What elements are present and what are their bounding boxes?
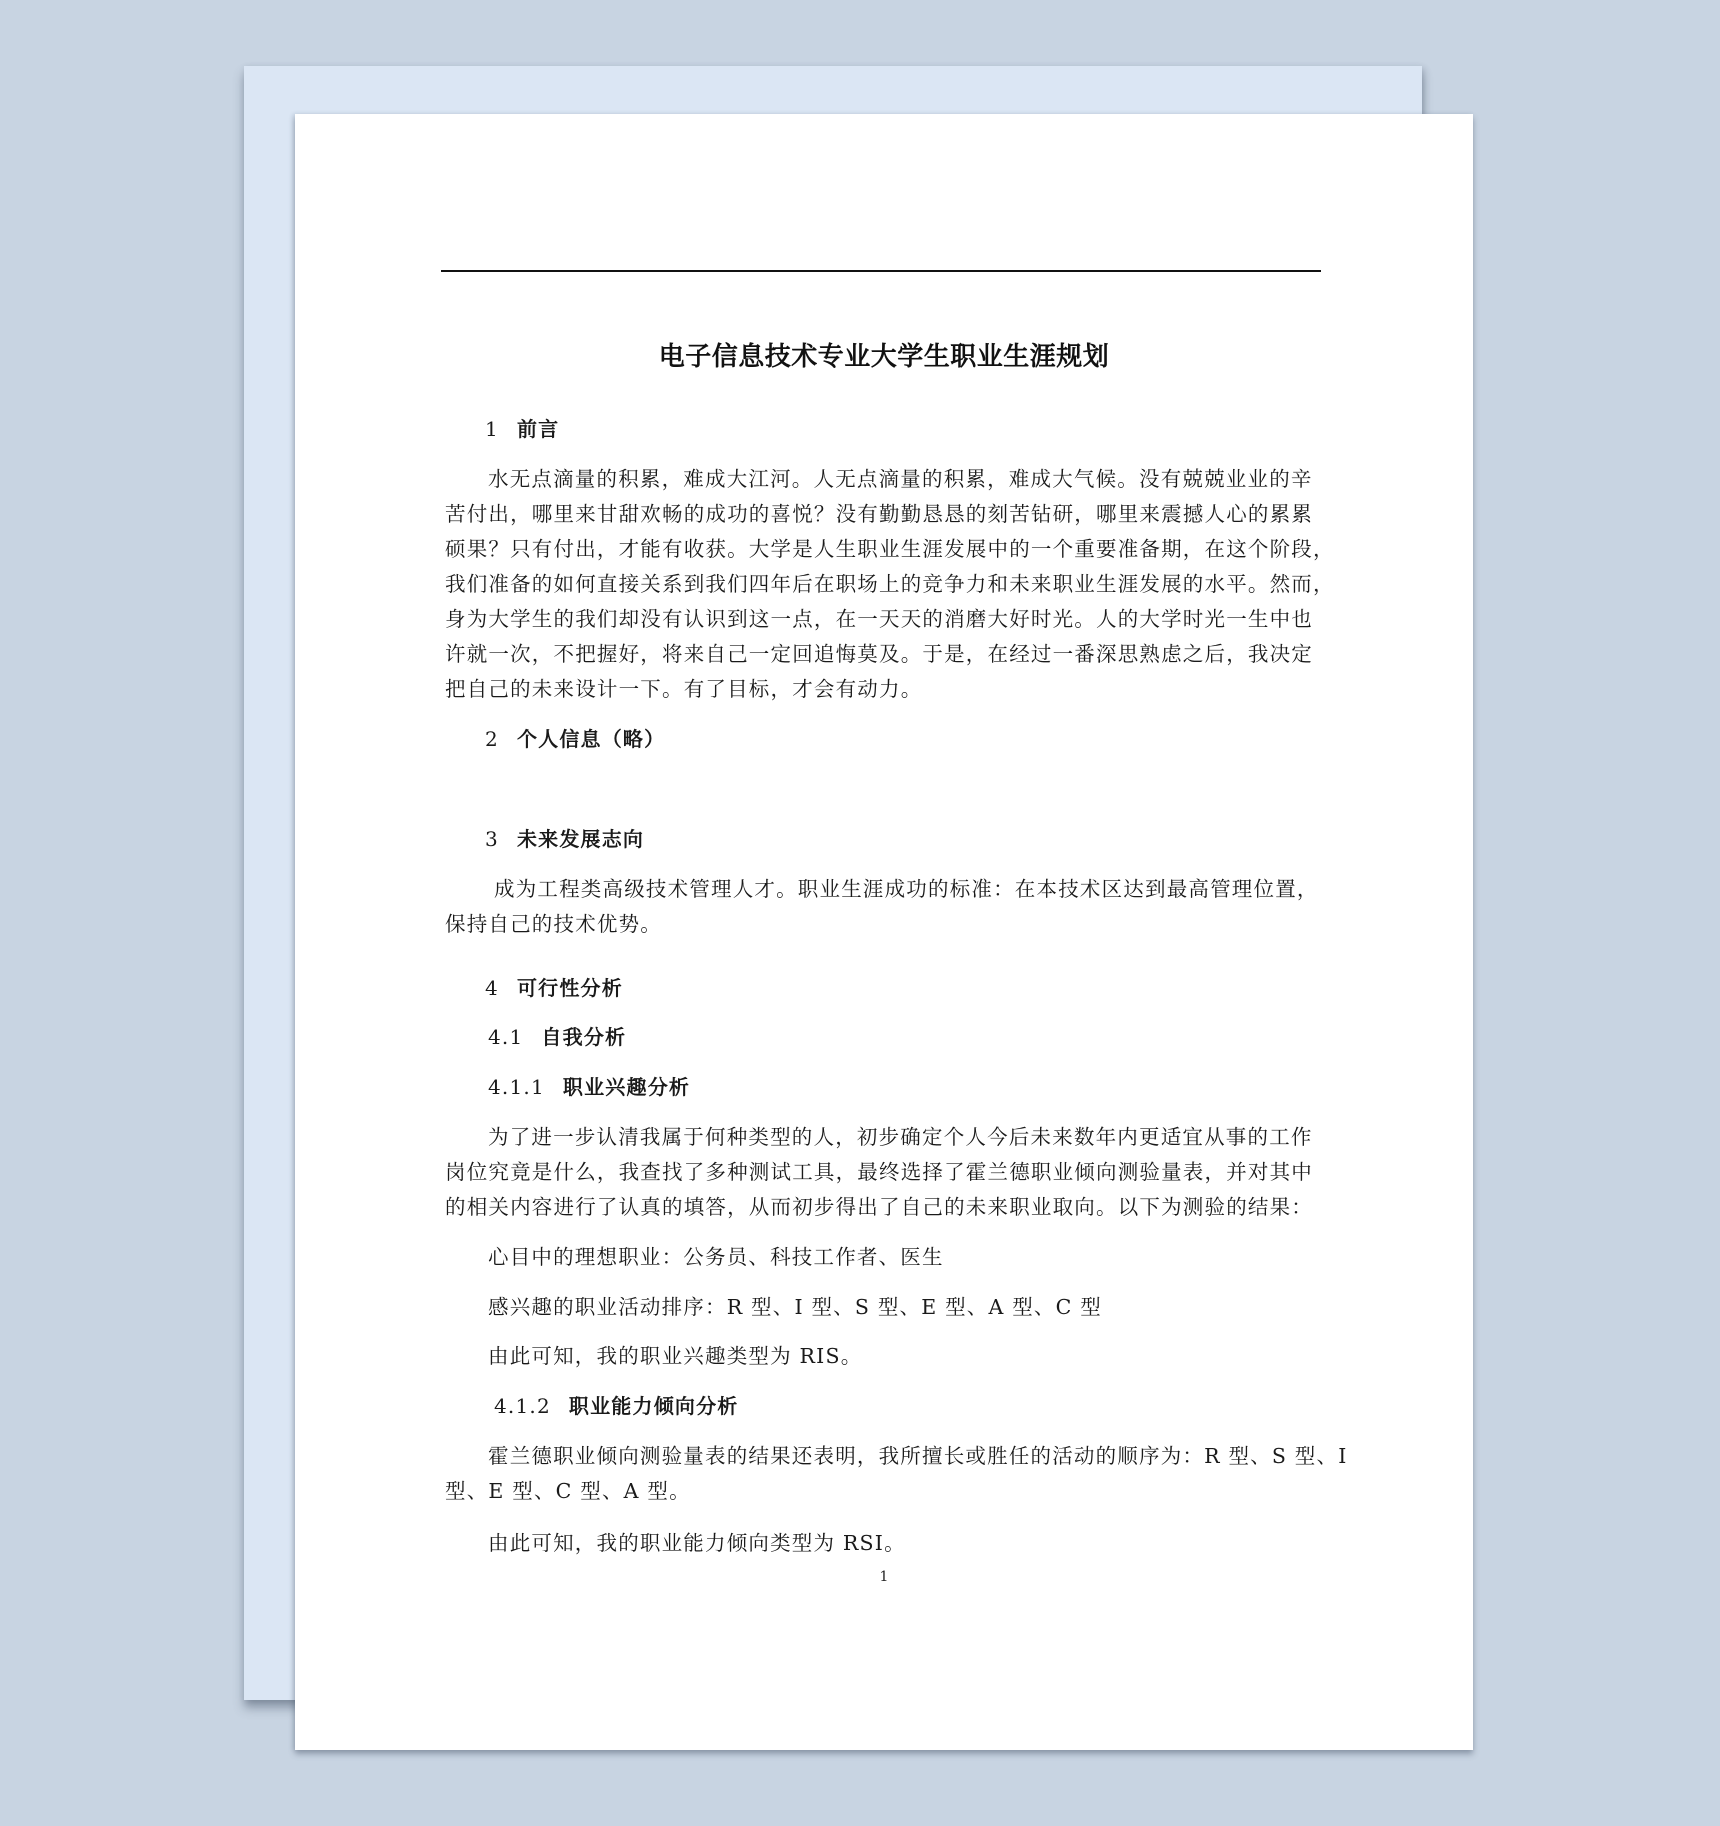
result-item-interest-type: 由此可知，我的职业兴趣类型为 RIS。 [488,1343,862,1369]
document-title: 电子信息技术专业大学生职业生涯规划 [295,336,1473,373]
section-title: 职业能力倾向分析 [569,1394,739,1418]
paragraph-line: 成为工程类高级技术管理人才。职业生涯成功的标准：在本技术区达到最高管理位置， [494,876,1319,902]
section-title: 职业兴趣分析 [563,1075,690,1099]
section-number: 4.1.1 [488,1074,545,1100]
section-title: 个人信息（略） [517,727,665,751]
section-number: 4 [485,975,499,1001]
section-heading-1: 1前言 [485,416,559,442]
paragraph-line: 岗位究竟是什么，我查找了多种测试工具，最终选择了霍兰德职业倾向测验量表，并对其中 [445,1159,1313,1185]
section-heading-4-1-1: 4.1.1职业兴趣分析 [488,1074,690,1100]
page-number: 1 [295,1569,1473,1585]
paragraph-line: 把自己的未来设计一下。有了目标，才会有动力。 [445,676,922,702]
paragraph-line: 身为大学生的我们却没有认识到这一点，在一天天的消磨大好时光。人的大学时光一生中也 [445,606,1313,632]
section-heading-4-1-2: 4.1.2职业能力倾向分析 [494,1393,739,1419]
paragraph-line: 型、E 型、C 型、A 型。 [445,1478,691,1504]
section-number: 3 [485,826,499,852]
section-heading-3: 3未来发展志向 [485,826,644,852]
result-item-ideal-career: 心目中的理想职业：公务员、科技工作者、医生 [488,1244,944,1270]
paragraph-line: 为了进一步认清我属于何种类型的人，初步确定个人今后未来数年内更适宜从事的工作 [488,1124,1313,1150]
header-rule [441,270,1321,272]
section-title: 前言 [517,417,559,441]
section-heading-4: 4可行性分析 [485,975,623,1001]
paragraph-line: 保持自己的技术优势。 [445,911,662,937]
section-title: 可行性分析 [517,976,623,1000]
paragraph-line: 硕果？只有付出，才能有收获。大学是人生职业生涯发展中的一个重要准备期，在这个阶段… [445,536,1335,562]
paragraph-line: 水无点滴量的积累，难成大江河。人无点滴量的积累，难成大气候。没有兢兢业业的辛 [488,466,1313,492]
section-number: 4.1 [488,1024,523,1050]
section-heading-2: 2个人信息（略） [485,726,665,752]
paragraph-line: 的相关内容进行了认真的填答，从而初步得出了自己的未来职业取向。以下为测验的结果： [445,1194,1313,1220]
result-item-interest-ranking: 感兴趣的职业活动排序：R 型、I 型、S 型、E 型、A 型、C 型 [488,1294,1102,1320]
section-title: 未来发展志向 [517,827,644,851]
paragraph-line: 许就一次，不把握好，将来自己一定回追悔莫及。于是，在经过一番深思熟虑之后，我决定 [445,641,1313,667]
section-heading-4-1: 4.1自我分析 [488,1024,626,1050]
document-page: 电子信息技术专业大学生职业生涯规划 1前言 水无点滴量的积累，难成大江河。人无点… [295,114,1473,1750]
section-title: 自我分析 [541,1025,626,1049]
result-item-ability-type: 由此可知，我的职业能力倾向类型为 RSI。 [488,1530,906,1556]
paragraph-line: 霍兰德职业倾向测验量表的结果还表明，我所擅长或胜任的活动的顺序为：R 型、S 型… [488,1443,1348,1469]
section-number: 1 [485,416,499,442]
section-number: 4.1.2 [494,1393,551,1419]
paragraph-line: 苦付出，哪里来甘甜欢畅的成功的喜悦？没有勤勤恳恳的刻苦钻研，哪里来震撼人心的累累 [445,501,1313,527]
paragraph-line: 我们准备的如何直接关系到我们四年后在职场上的竞争力和未来职业生涯发展的水平。然而… [445,571,1335,597]
section-number: 2 [485,726,499,752]
